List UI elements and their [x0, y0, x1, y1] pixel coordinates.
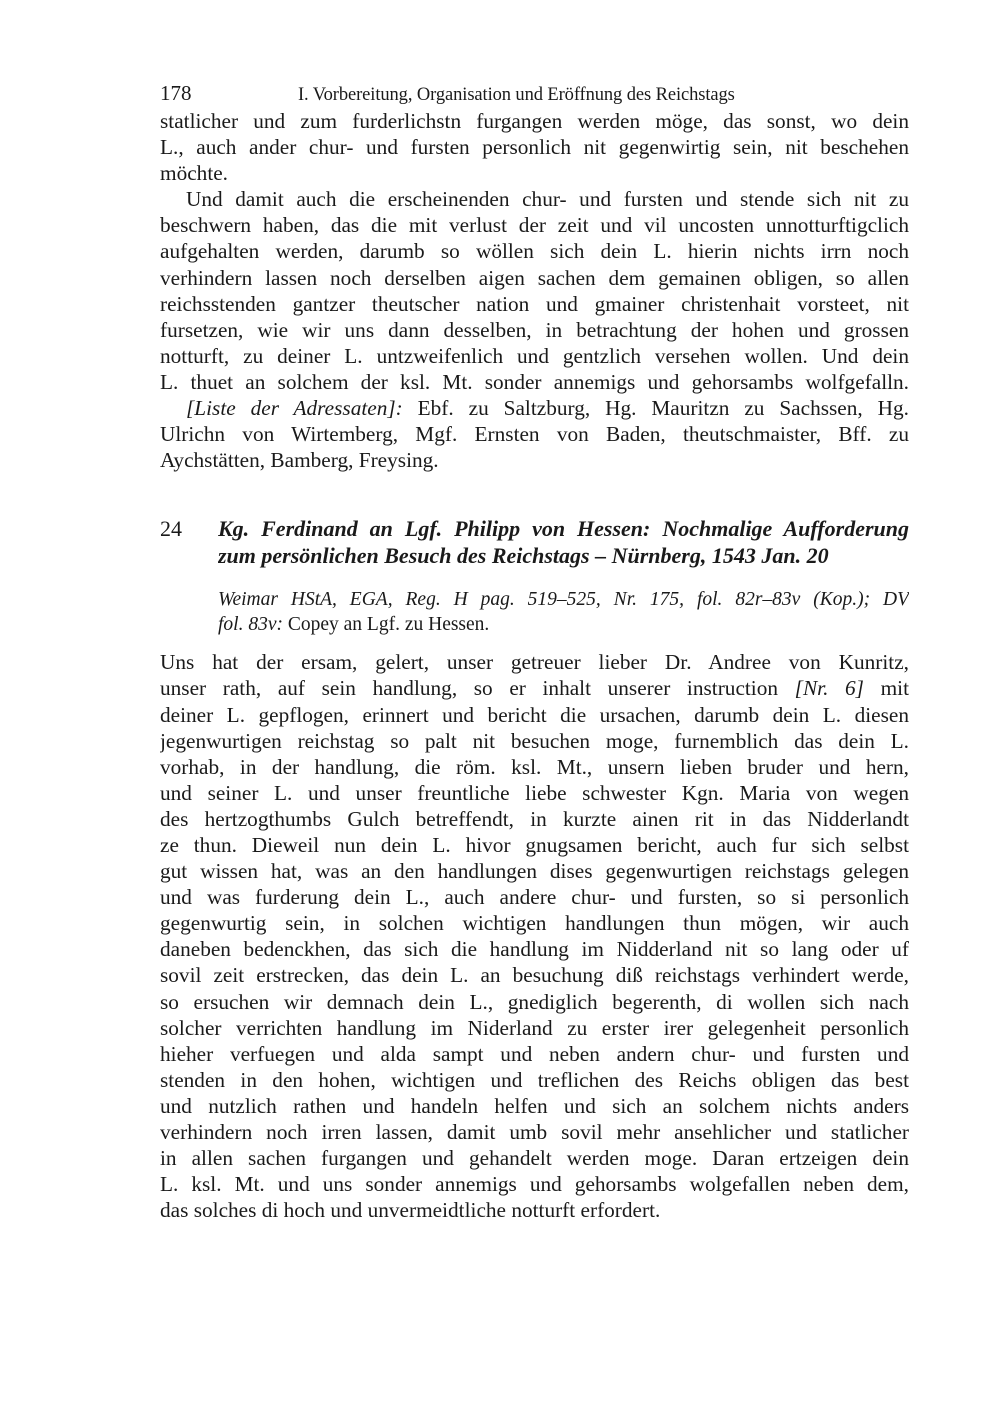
text-line: Und damit auch die erscheinenden chur- u… [160, 186, 909, 212]
text-line: aufgehalten werden, darumb so wöllen sic… [160, 238, 909, 264]
text-line: fursetzen, wie wir uns dann desselben, i… [160, 317, 909, 343]
text-line: und seiner L. und unser freuntliche lieb… [160, 780, 909, 806]
running-title: I. Vorbereitung, Organisation und Eröffn… [298, 80, 735, 110]
source-note: Weimar HStA, EGA, Reg. H pag. 519–525, N… [218, 587, 909, 637]
text-line: deiner L. gepflogen, erinnert und berich… [160, 702, 909, 728]
text-line: hieher verfuegen und alda sampt und nebe… [160, 1041, 909, 1067]
text-line: L., auch ander chur- und fursten personl… [160, 134, 909, 160]
text-line: das solches di hoch und unvermeidtliche … [160, 1197, 909, 1223]
text-line: daneben bedenckhen, das sich die handlun… [160, 936, 909, 962]
source-line: Weimar HStA, EGA, Reg. H pag. 519–525, N… [218, 587, 909, 612]
text-line: sovil zeit erstrecken, das dein L. an be… [160, 962, 909, 988]
text-line: so ersuchen wir demnach dein L., gnedigl… [160, 989, 909, 1015]
text-line: Aychstätten, Bamberg, Freysing. [160, 447, 909, 473]
cross-reference: [Nr. 6] [795, 676, 864, 700]
text-span: unser rath, auf sein handlung, so er inh… [160, 676, 795, 700]
source-folio: fol. 83v: [218, 614, 283, 635]
text-line: in allen sachen furgangen und gehandelt … [160, 1145, 909, 1171]
source-line: fol. 83v: Copey an Lgf. zu Hessen. [218, 612, 909, 637]
text-line: unser rath, auf sein handlung, so er inh… [160, 675, 909, 701]
text-line: reichsstenden gantzer theutscher nation … [160, 291, 909, 317]
text-line: solcher verrichten handlung im Niderland… [160, 1015, 909, 1041]
text-line: des hertzogthumbs Gulch betreffendt, in … [160, 806, 909, 832]
document-heading: 24 Kg. Ferdinand an Lgf. Philipp von Hes… [160, 515, 909, 569]
text-line: Uns hat der ersam, gelert, unser getreue… [160, 649, 909, 675]
book-page: 178 I. Vorbereitung, Organisation und Er… [160, 78, 909, 1223]
text-line: statlicher und zum furderlichstn furgang… [160, 108, 909, 134]
text-line: ze thun. Dieweil nun dein L. hivor gnugs… [160, 832, 909, 858]
document-title: Kg. Ferdinand an Lgf. Philipp von Hessen… [218, 515, 909, 569]
text-line: vorhab, in der handlung, die röm. ksl. M… [160, 754, 909, 780]
text-line: jegenwurtigen reichstag so palt nit besu… [160, 728, 909, 754]
source-desc: Copey an Lgf. zu Hessen. [283, 614, 489, 635]
text-line: verhindern lassen noch derselben aigen s… [160, 265, 909, 291]
text-line: notturft, zu deiner L. untzweifenlich un… [160, 343, 909, 369]
text-line: verhindern noch irren lassen, damit umb … [160, 1119, 909, 1145]
page-number: 178 [160, 78, 298, 108]
addressee-text: Ebf. zu Saltzburg, Hg. Mauritzn zu Sachs… [403, 396, 909, 420]
text-line: und was furderung dein L., auch andere c… [160, 884, 909, 910]
text-span: mit [864, 676, 909, 700]
document-body: Uns hat der ersam, gelert, unser getreue… [160, 649, 909, 1223]
text-line: beschwern haben, das die mit verlust der… [160, 212, 909, 238]
text-line: Ulrichn von Wirtemberg, Mgf. Ernsten von… [160, 421, 909, 447]
text-line: L. thuet an solchem der ksl. Mt. sonder … [160, 369, 909, 395]
text-line: gegenwurtig sein, in solchen wichtigen h… [160, 910, 909, 936]
text-line: möchte. [160, 160, 909, 186]
text-line: gut wissen hat, was an den handlungen di… [160, 858, 909, 884]
continuation-text: statlicher und zum furderlichstn furgang… [160, 108, 909, 473]
title-line: Kg. Ferdinand an Lgf. Philipp von Hessen… [218, 515, 909, 542]
running-head: 178 I. Vorbereitung, Organisation und Er… [160, 78, 909, 108]
addressee-label: [Liste der Adressaten]: [186, 396, 403, 420]
document-number: 24 [160, 515, 218, 569]
addressee-line: [Liste der Adressaten]: Ebf. zu Saltzbur… [160, 395, 909, 421]
title-line: zum persönlichen Besuch des Reichstags –… [218, 542, 909, 569]
text-line: und nutzlich rathen und handeln helfen u… [160, 1093, 909, 1119]
text-line: stenden in den hohen, wichtigen und tref… [160, 1067, 909, 1093]
text-line: L. ksl. Mt. und uns sonder annemigs und … [160, 1171, 909, 1197]
